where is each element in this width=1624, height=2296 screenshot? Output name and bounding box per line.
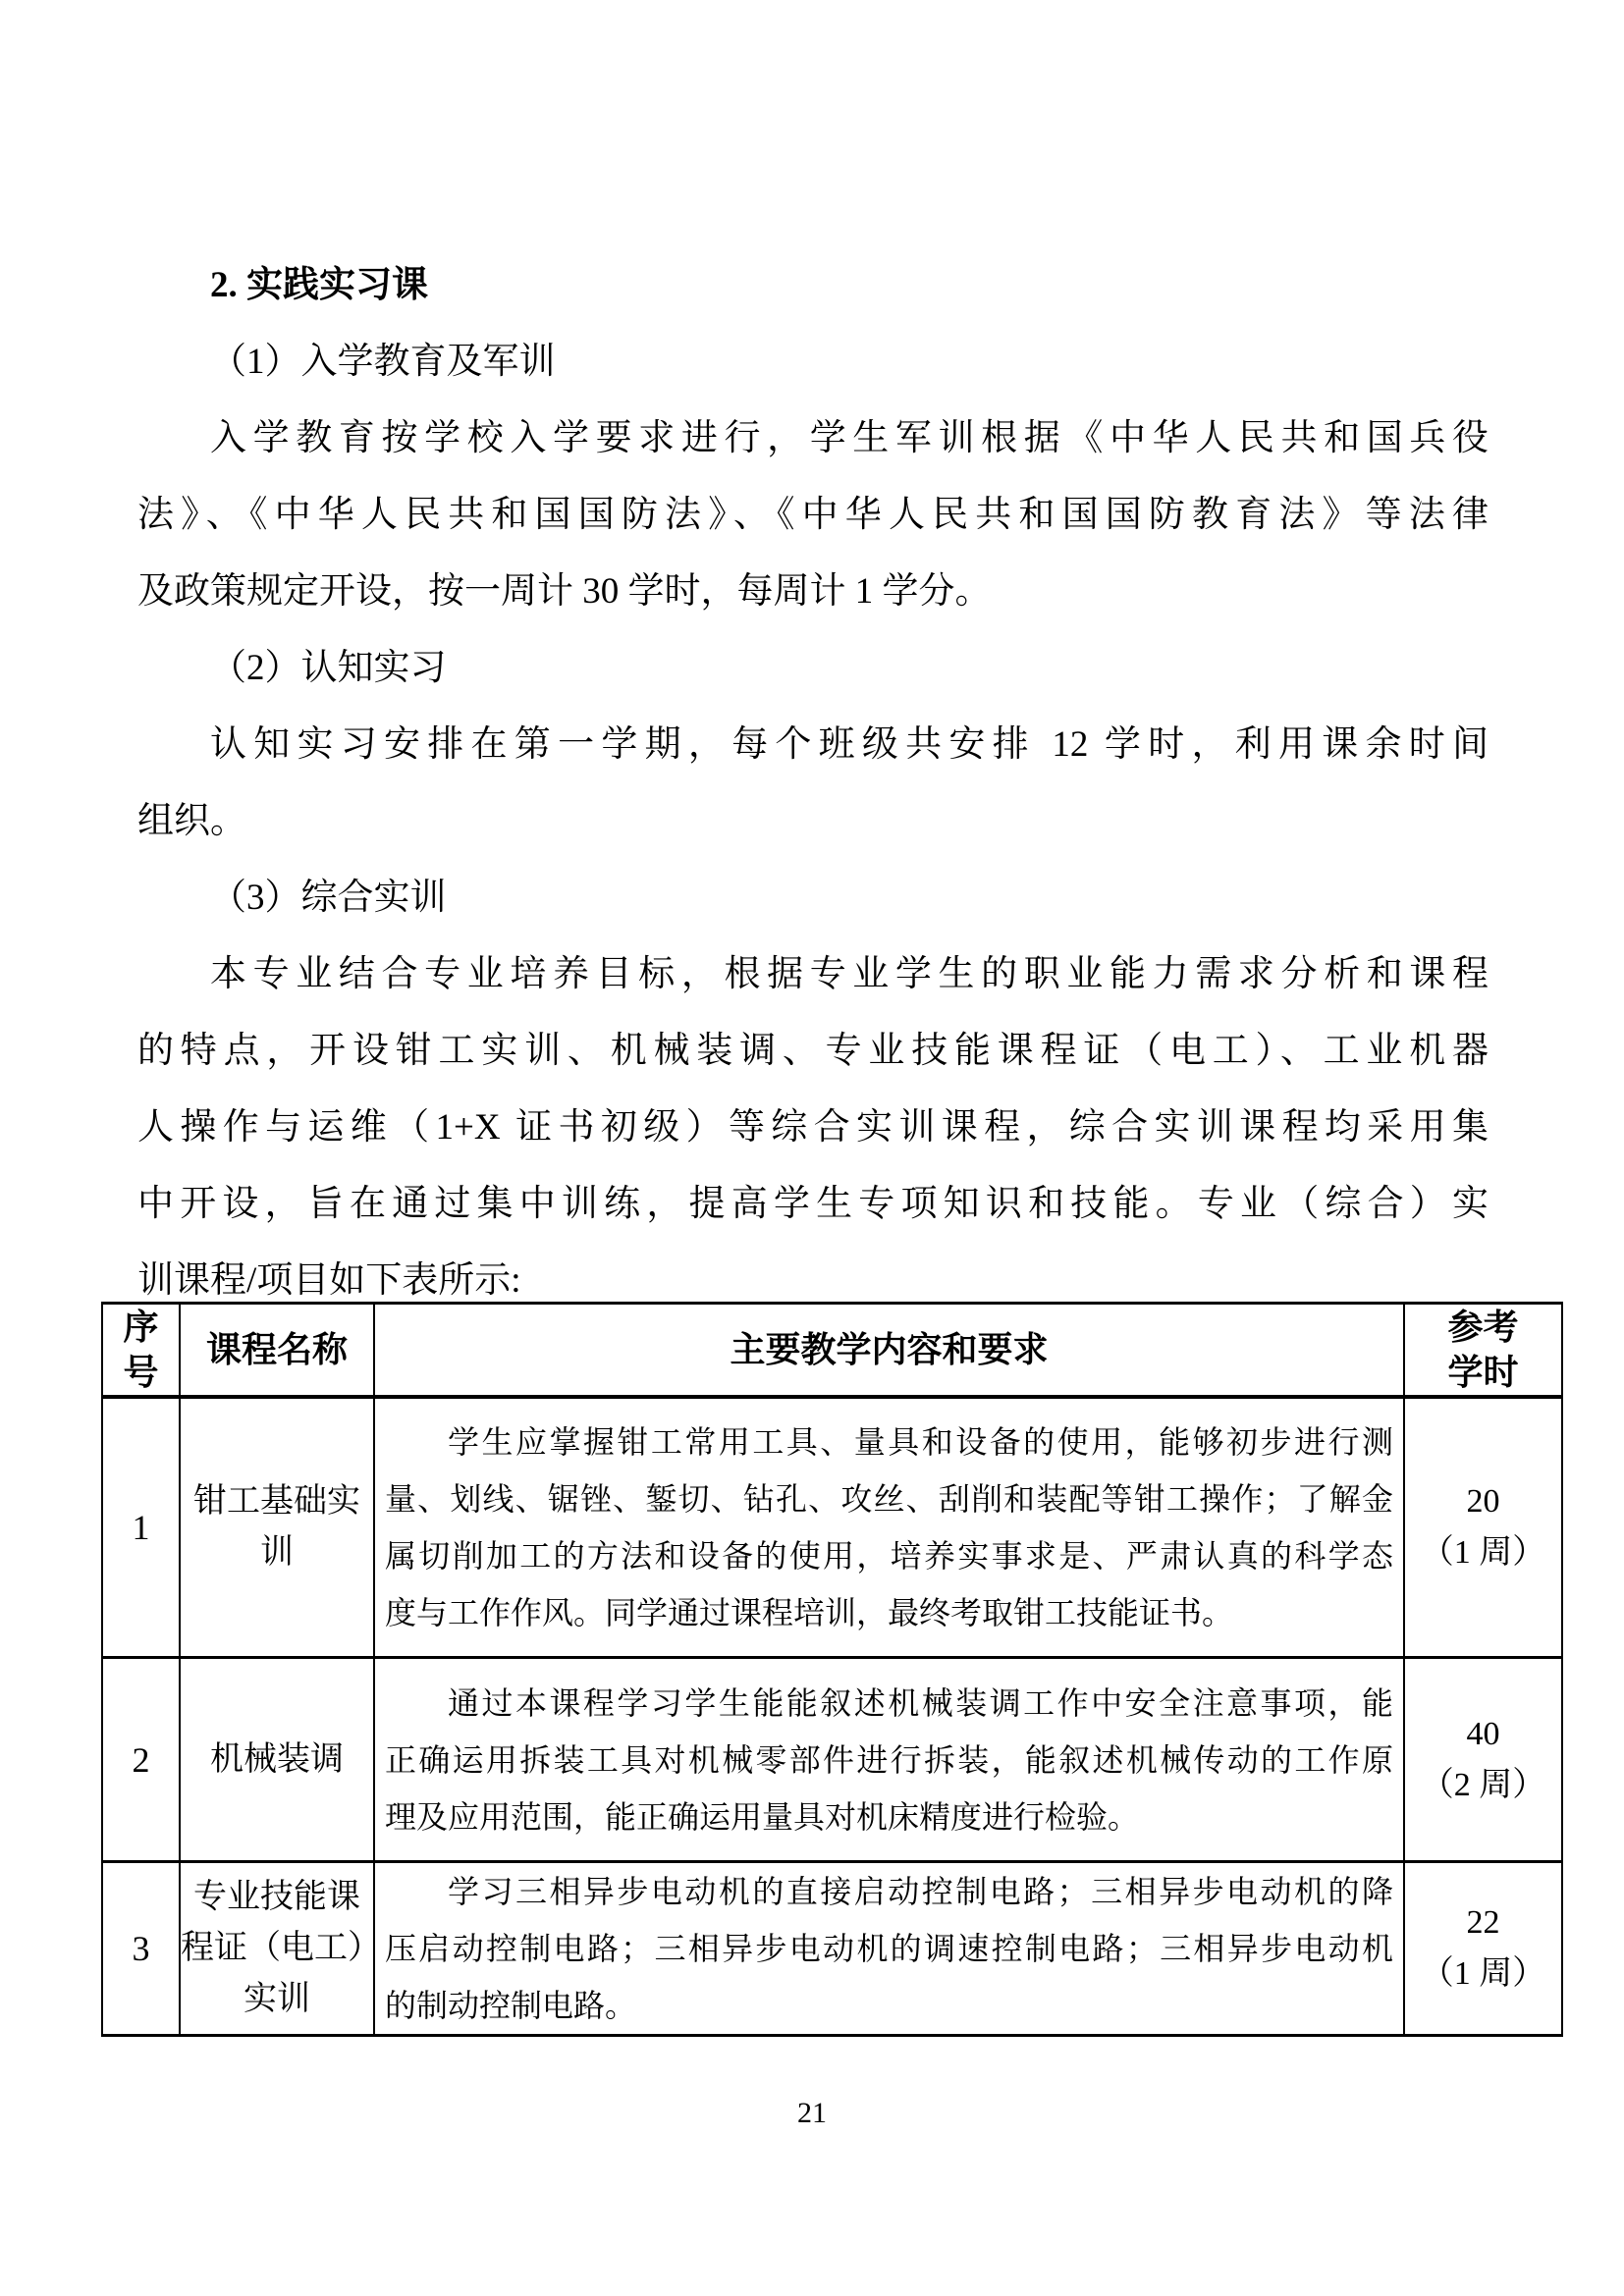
text-line: 22: [1405, 1897, 1561, 1949]
text-line: 序: [103, 1305, 179, 1350]
text-line: 程证（电工）: [181, 1923, 373, 1974]
cell-teaching-content: 学生应掌握钳工常用工具、量具和设备的使用，能够初步进行测量、划线、锯锉、錾切、钻…: [374, 1397, 1404, 1658]
text-line: （1 周）: [1405, 1949, 1561, 2000]
text-line: 的制动控制电路。: [385, 1977, 1393, 2034]
text-line: 2. 实践实习课: [137, 247, 1489, 324]
text-line: 训: [181, 1527, 373, 1578]
text-line: 量、划线、锯锉、錾切、钻孔、攻丝、刮削和装配等钳工操作；了解金: [385, 1470, 1393, 1527]
table-row: 3 专业技能课程证（电工）实训 学习三相异步电动机的直接启动控制电路；三相异步电…: [102, 1862, 1562, 2036]
cell-course-name: 钳工基础实训: [180, 1397, 374, 1658]
text-line: 机械装调: [181, 1735, 373, 1786]
cell-reference-hours: 40（2 周）: [1404, 1658, 1562, 1862]
cell-serial-number: 2: [102, 1658, 180, 1862]
header-course-name: 课程名称: [180, 1304, 374, 1398]
cell-reference-hours: 20（1 周）: [1404, 1397, 1562, 1658]
header-reference-hours: 参考学时: [1404, 1304, 1562, 1398]
text-line: 属切削加工的方法和设备的使用，培养实事求是、严肃认真的科学态: [385, 1527, 1393, 1584]
text-line: 度与工作作风。同学通过课程培训，最终考取钳工技能证书。: [385, 1584, 1393, 1641]
text-line: 的特点，开设钳工实训、机械装调、专业技能课程证（电工）、工业机器: [137, 1013, 1489, 1090]
text-line: （2）认知实习: [137, 630, 1489, 707]
cell-serial-number: 1: [102, 1397, 180, 1658]
table-header-row: 序号 课程名称 主要教学内容和要求 参考学时: [102, 1304, 1562, 1398]
text-line: 专业技能课: [181, 1872, 373, 1923]
table-row: 2 机械装调 通过本课程学习学生能能叙述机械装调工作中安全注意事项，能正确运用拆…: [102, 1658, 1562, 1862]
text-line: 法》、《中华人民共和国国防法》、《中华人民共和国国防教育法》等法律: [137, 477, 1489, 554]
cell-course-name: 机械装调: [180, 1658, 374, 1862]
text-line: （1 周）: [1405, 1527, 1561, 1578]
text-line: 学时: [1405, 1350, 1561, 1395]
header-serial-number: 序号: [102, 1304, 180, 1398]
text-line: 压启动控制电路；三相异步电动机的调速控制电路；三相异步电动机: [385, 1920, 1393, 1977]
training-courses-table: 序号 课程名称 主要教学内容和要求 参考学时 1 钳工基础实训 学生应掌握钳工常…: [101, 1302, 1563, 2037]
text-line: 号: [103, 1350, 179, 1395]
document-body-text: 2. 实践实习课（1）入学教育及军训入学教育按学校入学要求进行，学生军训根据《中…: [137, 247, 1489, 1319]
text-line: 中开设，旨在通过集中训练，提高学生专项知识和技能。专业（综合）实: [137, 1166, 1489, 1243]
cell-serial-number: 3: [102, 1862, 180, 2036]
text-line: （1）入学教育及军训: [137, 324, 1489, 400]
text-line: 正确运用拆装工具对机械零部件进行拆装，能叙述机械传动的工作原: [385, 1732, 1393, 1789]
table-row: 1 钳工基础实训 学生应掌握钳工常用工具、量具和设备的使用，能够初步进行测量、划…: [102, 1397, 1562, 1658]
text-line: （3）综合实训: [137, 860, 1489, 936]
text-line: 及政策规定开设，按一周计 30 学时，每周计 1 学分。: [137, 554, 1489, 630]
text-line: 人操作与运维（1+X 证书初级）等综合实训课程，综合实训课程均采用集: [137, 1090, 1489, 1166]
text-line: 认知实习安排在第一学期，每个班级共安排 12 学时，利用课余时间: [137, 707, 1489, 783]
cell-teaching-content: 学习三相异步电动机的直接启动控制电路；三相异步电动机的降压启动控制电路；三相异步…: [374, 1862, 1404, 2036]
text-line: 钳工基础实: [181, 1476, 373, 1527]
text-line: 学生应掌握钳工常用工具、量具和设备的使用，能够初步进行测: [385, 1414, 1393, 1470]
text-line: 本专业结合专业培养目标，根据专业学生的职业能力需求分析和课程: [137, 936, 1489, 1013]
document-page: 2. 实践实习课（1）入学教育及军训入学教育按学校入学要求进行，学生军训根据《中…: [0, 0, 1624, 2296]
page-number: 21: [0, 2097, 1624, 2130]
text-line: 通过本课程学习学生能能叙述机械装调工作中安全注意事项，能: [385, 1675, 1393, 1732]
text-line: 理及应用范围，能正确运用量具对机床精度进行检验。: [385, 1789, 1393, 1845]
text-line: 实训: [181, 1974, 373, 2025]
header-teaching-content: 主要教学内容和要求: [374, 1304, 1404, 1398]
cell-reference-hours: 22（1 周）: [1404, 1862, 1562, 2036]
text-line: 参考: [1405, 1305, 1561, 1350]
text-line: 20: [1405, 1476, 1561, 1527]
text-line: 学习三相异步电动机的直接启动控制电路；三相异步电动机的降: [385, 1863, 1393, 1920]
text-line: 入学教育按学校入学要求进行，学生军训根据《中华人民共和国兵役: [137, 400, 1489, 477]
cell-course-name: 专业技能课程证（电工）实训: [180, 1862, 374, 2036]
text-line: （2 周）: [1405, 1760, 1561, 1811]
text-line: 40: [1405, 1709, 1561, 1760]
text-line: 主要教学内容和要求: [375, 1327, 1403, 1372]
text-line: 课程名称: [181, 1327, 373, 1372]
cell-teaching-content: 通过本课程学习学生能能叙述机械装调工作中安全注意事项，能正确运用拆装工具对机械零…: [374, 1658, 1404, 1862]
text-line: 组织。: [137, 783, 1489, 860]
